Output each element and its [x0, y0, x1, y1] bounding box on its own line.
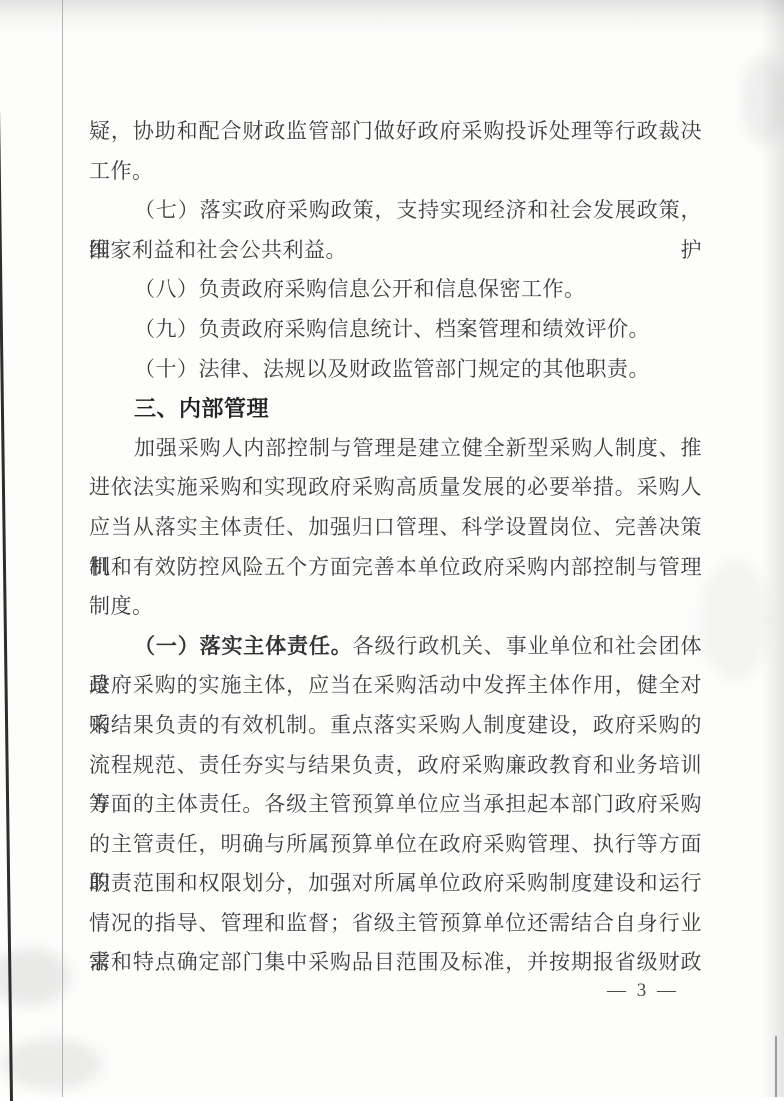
text-line: 进依法实施采购和实现政府采购高质量发展的必要举措。采购人 [89, 468, 702, 508]
text-line: （九）负责政府采购信息统计、档案管理和绩效评价。 [89, 310, 702, 350]
bold-run: （一）落实主体责任。 [134, 634, 353, 658]
scan-edge-artifact-right [775, 1036, 777, 1097]
scan-binding-edge-line [0, 0, 13, 1097]
text-line: 疑，协助和配合财政监管部门做好政府采购投诉处理等行政裁决 [89, 112, 702, 152]
text-line: 的主管责任，明确与所属预算单位在政府采购管理、执行等方面的 [89, 825, 702, 865]
text-line: 制度。 [89, 587, 702, 627]
scan-shadow-right [762, 0, 784, 1097]
text-line: 购结果负责的有效机制。重点落实采购人制度建设，政府采购的 [89, 706, 702, 746]
scan-shadow-top [0, 0, 784, 36]
document-page: 疑，协助和配合财政监管部门做好政府采购投诉处理等行政裁决工作。（七）落实政府采购… [0, 0, 784, 1097]
text-line: （七）落实政府采购政策，支持实现经济和社会发展政策，维护 [89, 191, 702, 231]
scan-smudge [700, 560, 770, 680]
text-line: 应当从落实主体责任、加强归口管理、科学设置岗位、完善决策机 [89, 508, 702, 548]
text-line: 流程规范、责任夯实与结果负责，政府采购廉政教育和业务培训等 [89, 746, 702, 786]
text-line: （一）落实主体责任。各级行政机关、事业单位和社会团体是 [89, 627, 702, 667]
scan-margin-line [62, 0, 63, 1097]
text-line: （十）法律、法规以及财政监管部门规定的其他职责。 [89, 350, 702, 390]
text-line: 制和有效防控风险五个方面完善本单位政府采购内部控制与管理 [89, 548, 702, 588]
text-line: 加强采购人内部控制与管理是建立健全新型采购人制度、推 [89, 429, 702, 469]
document-body: 疑，协助和配合财政监管部门做好政府采购投诉处理等行政裁决工作。（七）落实政府采购… [89, 112, 702, 983]
section-heading: 三、内部管理 [89, 389, 702, 429]
text-line: （八）负责政府采购信息公开和信息保密工作。 [89, 270, 702, 310]
text-line: 情况的指导、管理和监督；省级主管预算单位还需结合自身行业需 [89, 904, 702, 944]
text-line: 政府采购的实施主体，应当在采购活动中发挥主体作用，健全对采 [89, 666, 702, 706]
text-line: 工作。 [89, 152, 702, 192]
scan-smudge [742, 55, 784, 145]
text-line: 方面的主体责任。各级主管预算单位应当承担起本部门政府采购 [89, 785, 702, 825]
page-number: — 3 — [598, 977, 688, 1005]
text-line: 职责范围和权限划分，加强对所属单位政府采购制度建设和运行 [89, 864, 702, 904]
scan-smudge [2, 1038, 102, 1090]
